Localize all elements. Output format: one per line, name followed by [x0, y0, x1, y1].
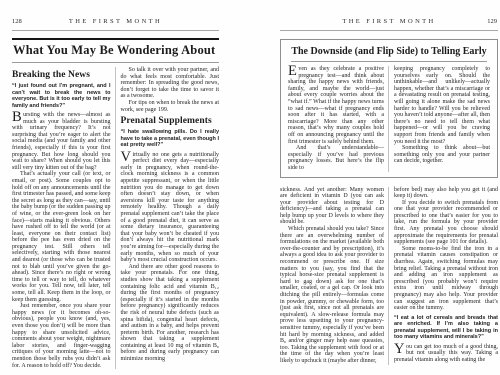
body-paragraph: sickness. And yet another: Many women ar…: [280, 187, 384, 227]
section-heading-breaking-the-news: Breaking the News: [12, 70, 111, 80]
right-page-column-1: sickness. And yet another: Many women ar…: [280, 187, 384, 365]
main-title-block: What You May Be Wondering About: [12, 38, 219, 63]
reader-question: “I just found out I’m pregnant, and I ca…: [12, 83, 111, 109]
right-page-columns: sickness. And yet another: Many women ar…: [280, 187, 498, 365]
page-header-right: THE FIRST MONTH 129: [280, 0, 498, 31]
reader-question: “I eat a lot of cereals and breads that …: [394, 315, 498, 341]
body-paragraph: That’s actually your call (or text, or e…: [12, 171, 111, 303]
section-heading-prenatal-supplements: Prenatal Supplements: [121, 116, 220, 126]
running-head-left: THE FIRST MONTH: [12, 18, 219, 25]
body-paragraph: Bursting with the news—almost as much as…: [12, 112, 111, 171]
body-paragraph: For tips on when to break the news at wo…: [121, 100, 220, 113]
page-right: THE FIRST MONTH 129 The Downside (and Fl…: [280, 0, 498, 375]
reader-question: “I hate swallowing pills. Do I really ha…: [121, 129, 220, 149]
body-paragraph: You can get too much of a good thing, bu…: [394, 344, 498, 364]
left-page-column-1: Breaking the News “I just found out I’m …: [12, 67, 111, 369]
body-paragraph: Just remember, once you share your happy…: [12, 303, 111, 369]
left-page-columns: Breaking the News “I just found out I’m …: [12, 67, 219, 369]
feature-box-column-2: keeping pregnancy completely to yourselv…: [388, 66, 490, 172]
body-paragraph: Which prenatal should you take? Since th…: [280, 226, 384, 364]
left-page-column-2: So talk it over with your partner, and d…: [115, 67, 220, 369]
body-paragraph: Even as they celebrate a positive pregna…: [288, 66, 384, 145]
body-paragraph: Something to think about—but something o…: [394, 145, 490, 165]
body-paragraph: before bed) may also help you get it (an…: [394, 187, 498, 200]
body-paragraph: keeping pregnancy completely to yourselv…: [394, 66, 490, 145]
body-paragraph: And there are other good reasons to take…: [121, 264, 220, 363]
page-number-right: 129: [487, 18, 497, 25]
page-header-left: 128 THE FIRST MONTH: [12, 0, 219, 31]
body-paragraph: And that’s understandable—especially if …: [288, 145, 384, 171]
running-head-right: THE FIRST MONTH: [280, 18, 498, 25]
body-paragraph: If you decide to switch prenatals from o…: [394, 200, 498, 246]
main-title: What You May Be Wondering About: [13, 43, 219, 58]
feature-box-columns: Even as they celebrate a positive pregna…: [288, 66, 490, 172]
body-paragraph: Some moms-to-be find the iron in a prena…: [394, 246, 498, 312]
page-left: 128 THE FIRST MONTH What You May Be Wond…: [12, 0, 219, 375]
feature-box-column-1: Even as they celebrate a positive pregna…: [288, 66, 384, 172]
feature-box-title: The Downside (and Flip Side) to Telling …: [291, 46, 487, 62]
body-paragraph: Virtually no one gets a nutritionally pe…: [121, 152, 220, 264]
feature-box: The Downside (and Flip Side) to Telling …: [280, 39, 498, 178]
body-paragraph: So talk it over with your partner, and d…: [121, 67, 220, 100]
right-page-column-2: before bed) may also help you get it (an…: [388, 187, 498, 365]
